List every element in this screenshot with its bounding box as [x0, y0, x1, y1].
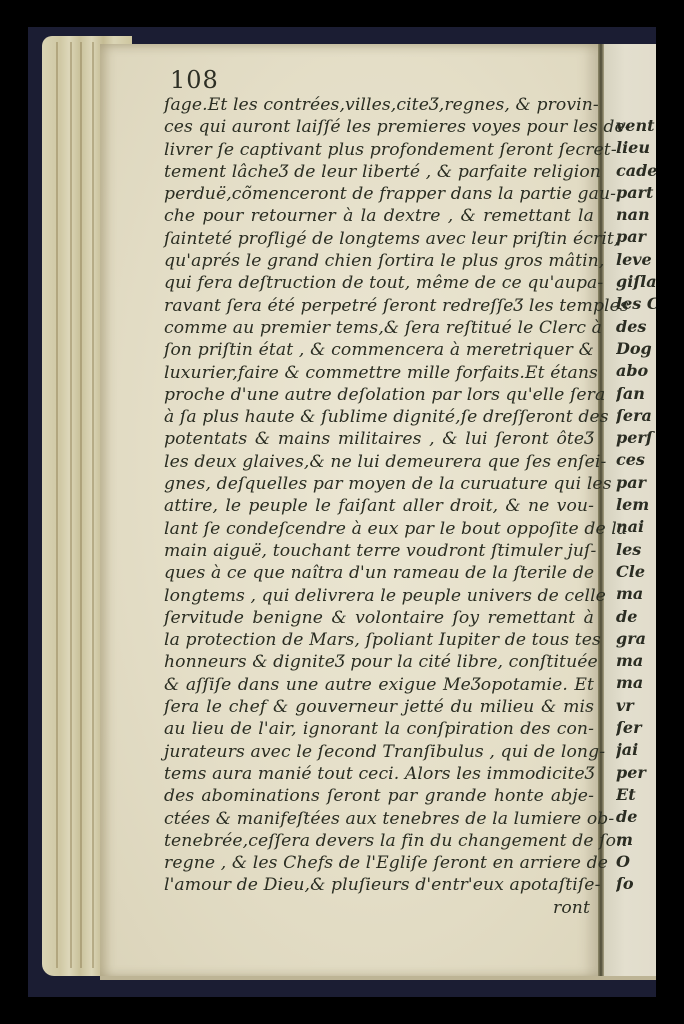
text-fragment: perſ — [616, 427, 656, 449]
text-fragment: Cle — [616, 561, 656, 583]
text-line: honneurs & digniteƷ pour la cité libre, … — [164, 651, 594, 673]
text-line: ques à ce que naîtra d'un rameau de la ſ… — [164, 562, 594, 584]
text-line: tement lâcheƷ de leur liberté , & parfai… — [164, 161, 594, 183]
text-line: la protection de Mars, ſpoliant Iupiter … — [164, 629, 594, 651]
text-fragment: jai — [616, 739, 656, 761]
text-line: qu'aprés le grand chien ſortira le plus … — [164, 250, 594, 272]
text-fragment: par — [616, 226, 656, 248]
text-fragment: ſer — [616, 717, 656, 739]
text-fragment: ma — [616, 650, 656, 672]
text-line: l'amour de Dieu,& pluſieurs d'entr'eux a… — [164, 874, 594, 896]
page-edge-line — [80, 42, 82, 968]
page-number: 108 — [170, 66, 219, 94]
text-line: comme au premier tems,& ſera reſtitué le… — [164, 317, 594, 339]
text-fragment: giſla — [616, 271, 656, 293]
text-line: les deux glaives,& ne lui demeurera que … — [164, 451, 594, 473]
text-line: & aſſiſe dans une autre exigue MeƷopotam… — [164, 674, 594, 696]
text-fragment: ſan — [616, 383, 656, 405]
text-fragment: ſo — [616, 873, 656, 895]
text-fragment: lieu — [616, 137, 656, 159]
text-line: jurateurs avec le ſecond Tranſibulus , q… — [164, 741, 594, 763]
text-fragment: ſera — [616, 405, 656, 427]
text-line: perduë,cõmenceront de frapper dans la pa… — [164, 183, 594, 205]
text-fragment: les C — [616, 293, 656, 315]
text-line: ctées & manifeſtées aux tenebres de la l… — [164, 808, 594, 830]
text-line: longtems , qui delivrera le peuple unive… — [164, 585, 594, 607]
text-fragment: O — [616, 851, 656, 873]
text-line: livrer ſe captivant plus profondement ſe… — [164, 139, 594, 161]
page-bottom-edge — [100, 976, 656, 980]
text-fragment: Et — [616, 784, 656, 806]
page-edge-line — [56, 42, 58, 968]
text-fragment: per — [616, 762, 656, 784]
text-fragment: vr — [616, 695, 656, 717]
text-line: main aiguë, touchant terre voudront ſtim… — [164, 540, 594, 562]
text-line: ſon priſtin état , & commencera à meretr… — [164, 339, 594, 361]
text-line: ſera le chef & gouverneur jetté du milie… — [164, 696, 594, 718]
text-fragment: m — [616, 829, 656, 851]
text-fragment: de — [616, 606, 656, 628]
text-fragment: lem — [616, 494, 656, 516]
left-page-text: ſage.Et les contrées,villes,citeƷ,regnes… — [164, 94, 594, 919]
text-fragment: par — [616, 472, 656, 494]
text-line: attire, le peuple le faiſant aller droit… — [164, 495, 594, 517]
catchword: ront — [164, 897, 594, 919]
text-fragment: abo — [616, 360, 656, 382]
page-edge-line — [92, 42, 94, 968]
page-edge-line — [70, 42, 72, 968]
text-line: ſage.Et les contrées,villes,citeƷ,regnes… — [164, 94, 594, 116]
text-line: ſainteté profligé de longtems avec leur … — [164, 228, 594, 250]
text-fragment: ma — [616, 672, 656, 694]
text-fragment: gra — [616, 628, 656, 650]
text-fragment: part — [616, 182, 656, 204]
text-fragment: cade — [616, 160, 656, 182]
text-fragment: ces — [616, 449, 656, 471]
right-page-text-fragment: vent lieu cade part nan par leve giſla l… — [616, 115, 656, 895]
text-line: des abominations ſeront par grande honte… — [164, 785, 594, 807]
text-fragment: les — [616, 539, 656, 561]
text-line: ſervitude benigne & volontaire ſoy remet… — [164, 607, 594, 629]
text-fragment: des — [616, 316, 656, 338]
text-line: tenebrée,ceſſera devers la fin du change… — [164, 830, 594, 852]
text-fragment: nan — [616, 204, 656, 226]
text-line: gnes, deſquelles par moyen de la curuatu… — [164, 473, 594, 495]
text-line: ces qui auront laiſſé les premieres voye… — [164, 116, 594, 138]
text-fragment: ma — [616, 583, 656, 605]
text-line: tems aura manié tout ceci. Alors les imm… — [164, 763, 594, 785]
text-line: proche d'une autre deſolation par lors q… — [164, 384, 594, 406]
text-line: ravant ſera été perpetré ſeront redreſſe… — [164, 295, 594, 317]
text-line: potentats & mains militaires , & lui ſer… — [164, 428, 594, 450]
text-fragment: leve — [616, 249, 656, 271]
text-fragment: de — [616, 806, 656, 828]
text-fragment: nai — [616, 516, 656, 538]
text-line: à ſa plus haute & ſublime dignité,ſe dre… — [164, 406, 594, 428]
text-fragment: Dog — [616, 338, 656, 360]
text-line: che pour retourner à la dextre , & remet… — [164, 205, 594, 227]
text-fragment: vent — [616, 115, 656, 137]
text-line: regne , & les Chefs de l'Egliſe ſeront e… — [164, 852, 594, 874]
text-line: au lieu de l'air, ignorant la conſpirati… — [164, 718, 594, 740]
text-line: qui fera deſtruction de tout, même de ce… — [164, 272, 594, 294]
text-line: luxurier,faire & commettre mille forfait… — [164, 362, 594, 384]
text-line: lant ſe condeſcendre à eux par le bout o… — [164, 518, 594, 540]
